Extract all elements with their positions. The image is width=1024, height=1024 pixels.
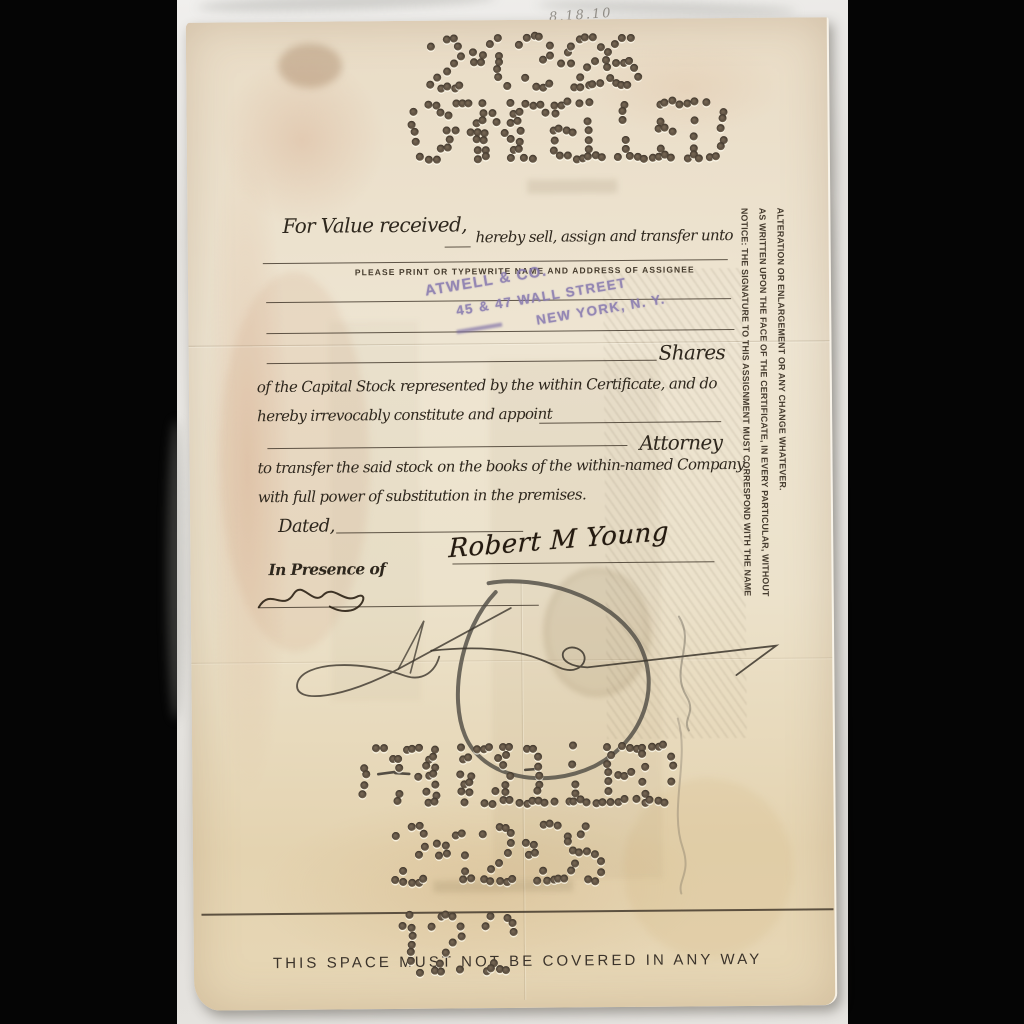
- punch-hole: [426, 81, 434, 89]
- punch-hole: [513, 117, 521, 125]
- punch-hole: [359, 790, 367, 798]
- punch-hole: [506, 154, 514, 162]
- punch-hole: [589, 33, 597, 41]
- punch-hole: [515, 108, 523, 116]
- punch-hole: [501, 788, 509, 796]
- punch-hole: [427, 43, 435, 51]
- punch-hole: [690, 116, 698, 124]
- punch-hole: [695, 154, 703, 162]
- fabric-wrinkle: [197, 0, 497, 15]
- cancellation-stroke: [431, 646, 776, 678]
- punch-hole: [568, 760, 576, 768]
- punch-hole: [575, 99, 583, 107]
- punch-hole: [465, 778, 473, 786]
- punch-hole: [474, 155, 482, 163]
- certificate-paper: For Value received, hereby sell, assign …: [186, 17, 838, 1011]
- punch-hole: [480, 136, 488, 144]
- fabric-wrinkle: [167, 420, 185, 720]
- punch-hole: [465, 788, 473, 796]
- punch-hole: [567, 866, 575, 874]
- punch-hole: [626, 152, 634, 160]
- punch-hole: [507, 134, 515, 142]
- punch-hole: [416, 822, 424, 830]
- punch-hole: [582, 847, 590, 855]
- punch-hole: [555, 152, 563, 160]
- punch-hole: [667, 777, 675, 785]
- punch-hole: [493, 65, 501, 73]
- punch-hole: [534, 753, 542, 761]
- punch-hole: [567, 60, 575, 68]
- punch-hole: [598, 798, 606, 806]
- punch-hole: [442, 127, 450, 135]
- punch-hole: [604, 777, 612, 785]
- punch-hole: [416, 968, 424, 976]
- punch-hole: [493, 34, 501, 42]
- punch-hole: [433, 73, 441, 81]
- punch-hole: [641, 763, 649, 771]
- punch-hole: [626, 34, 634, 42]
- punch-hole: [612, 59, 620, 67]
- punch-hole: [473, 146, 481, 154]
- punch-hole: [360, 781, 368, 789]
- punch-hole: [591, 57, 599, 65]
- punch-hole: [605, 787, 613, 795]
- punch-hole: [660, 98, 668, 106]
- punch-hole: [449, 939, 457, 947]
- punch-hole: [520, 154, 528, 162]
- punch-hole: [485, 743, 493, 751]
- punch-hole: [486, 912, 494, 920]
- punch-hole: [514, 41, 522, 49]
- punch-hole: [441, 949, 449, 957]
- punch-hole: [640, 155, 648, 163]
- punch-hole: [596, 79, 604, 87]
- punch-hole: [603, 760, 611, 768]
- punch-hole: [414, 772, 422, 780]
- punch-hole: [477, 58, 485, 66]
- faint-pencil-squiggle: [679, 616, 691, 730]
- punch-hole: [645, 796, 653, 804]
- punch-hole: [451, 126, 459, 134]
- punch-hole: [533, 787, 541, 795]
- faint-pencil-squiggle: [677, 718, 686, 893]
- punch-hole: [607, 751, 615, 759]
- punch-hole: [576, 83, 584, 91]
- punch-hole: [584, 117, 592, 125]
- punch-hole: [398, 922, 406, 930]
- punch-hole: [621, 795, 629, 803]
- cancellation-spike: [398, 621, 424, 673]
- punch-hole: [392, 832, 400, 840]
- punch-hole: [430, 797, 438, 805]
- photo-stage: 8.18.10 For Value received, hereby sell,…: [0, 0, 1024, 1024]
- punch-hole: [502, 966, 510, 974]
- punch-hole: [412, 138, 420, 146]
- punch-hole: [571, 780, 579, 788]
- punch-hole: [689, 133, 697, 141]
- punch-hole: [718, 114, 726, 122]
- punch-hole: [521, 100, 529, 108]
- punch-hole: [448, 912, 456, 920]
- witness-signature: [259, 589, 364, 612]
- punch-hole: [583, 63, 591, 71]
- punch-hole: [597, 868, 605, 876]
- punch-hole: [522, 839, 530, 847]
- punch-hole: [603, 743, 611, 751]
- punch-hole: [422, 762, 430, 770]
- punch-hole: [557, 60, 565, 68]
- punch-hole: [494, 73, 502, 81]
- punch-hole: [486, 877, 494, 885]
- punch-hole: [432, 156, 440, 164]
- punch-hole: [443, 144, 451, 152]
- pencil-scribbles: [186, 17, 836, 1011]
- punch-hole: [530, 841, 538, 849]
- punch-hole: [585, 136, 593, 144]
- punch-hole: [407, 957, 415, 965]
- punch-hole: [515, 144, 523, 152]
- punch-hole: [597, 857, 605, 865]
- punch-hole: [415, 743, 423, 751]
- punch-hole: [563, 97, 571, 105]
- punch-hole: [540, 799, 548, 807]
- punch-hole: [529, 155, 537, 163]
- punch-hole: [405, 911, 413, 919]
- punch-hole: [717, 124, 725, 132]
- punch-hole: [569, 128, 577, 136]
- photo-backdrop-fabric: 8.18.10 For Value received, hereby sell,…: [177, 0, 848, 1024]
- punch-hole: [667, 154, 675, 162]
- punch-hole: [488, 800, 496, 808]
- punch-hole: [457, 52, 465, 60]
- cancellation-flourish: [296, 608, 511, 696]
- punch-hole: [675, 100, 683, 108]
- punch-hole: [459, 875, 467, 883]
- punch-hole: [702, 98, 710, 106]
- punch-hole: [591, 877, 599, 885]
- punch-hole: [502, 751, 510, 759]
- punch-hole: [603, 48, 611, 56]
- punch-hole: [584, 126, 592, 134]
- punch-hole: [437, 967, 445, 975]
- punch-hole: [603, 63, 611, 71]
- punch-hole: [446, 135, 454, 143]
- punch-hole: [591, 850, 599, 858]
- punch-hole: [711, 152, 719, 160]
- punch-hole: [487, 964, 495, 972]
- punch-hole: [541, 108, 549, 116]
- punch-hole: [716, 142, 724, 150]
- punch-hole: [535, 32, 543, 40]
- punch-hole: [619, 116, 627, 124]
- punch-hole: [606, 798, 614, 806]
- punch-hole: [576, 73, 584, 81]
- punch-hole: [436, 109, 444, 117]
- punch-hole: [409, 108, 417, 116]
